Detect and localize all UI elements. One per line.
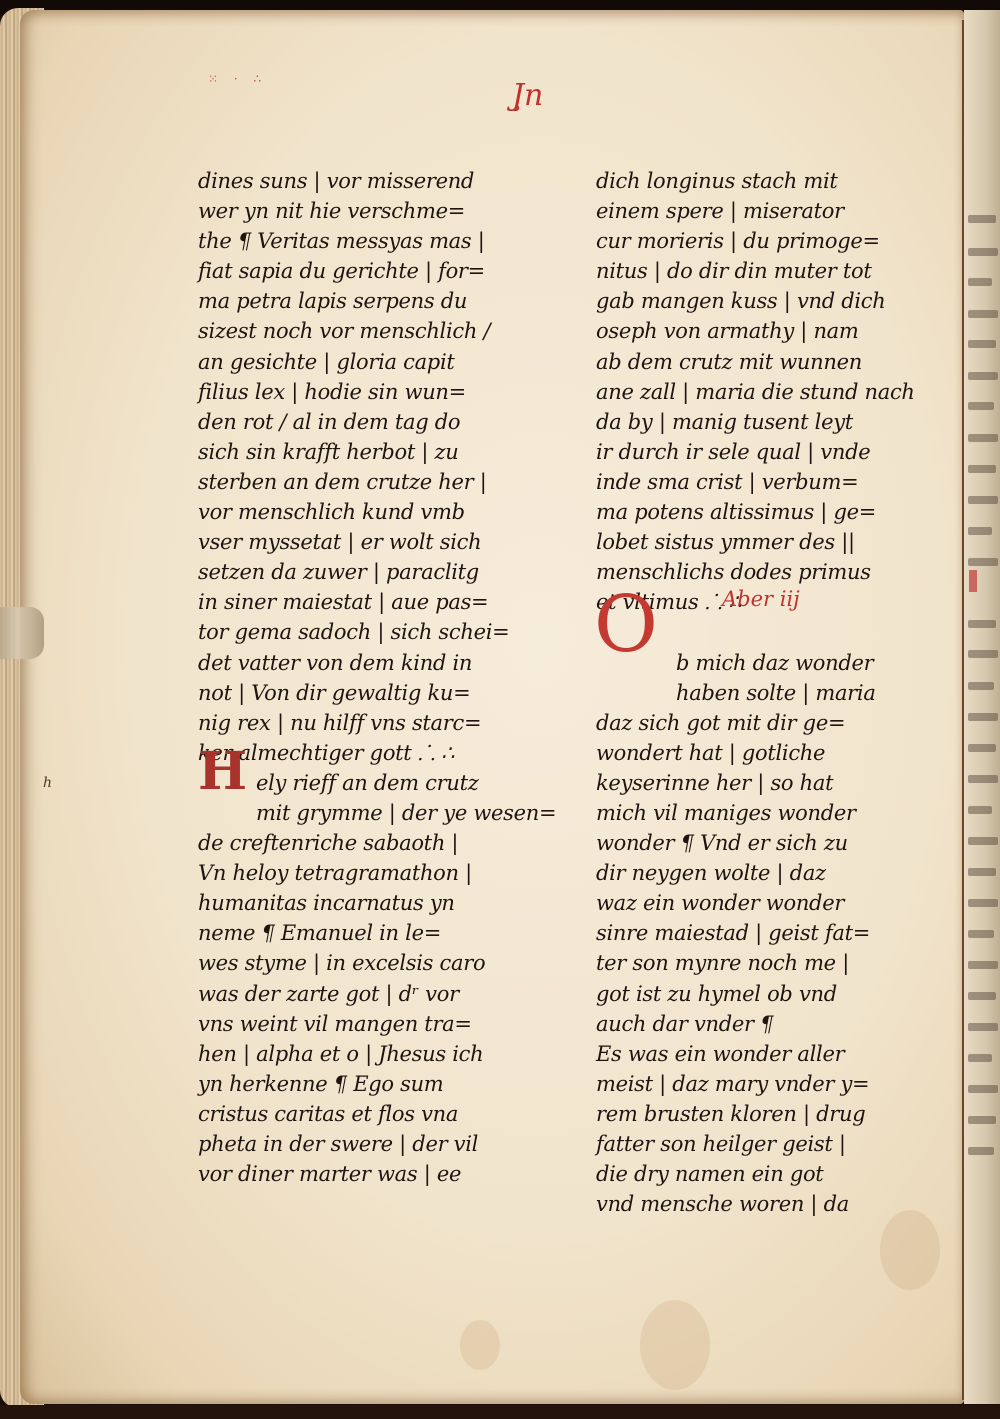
text-line: da by | manig tusent leyt [596, 407, 916, 437]
text-line: fiat sapia du gerichte | for= [198, 256, 558, 286]
text-line: dir neygen wolte | daz [596, 858, 916, 888]
water-stain [640, 1300, 710, 1390]
text-line: mich vil maniges wonder [596, 798, 916, 828]
facing-page-edge [964, 10, 1000, 1404]
text-line: auch dar vnder ¶ [596, 1009, 916, 1039]
right-text-column: dich longinus stach mit einem spere | mi… [596, 166, 916, 1219]
text-line: setzen da zuwer | paraclitg [198, 557, 558, 587]
text-line: die dry namen ein got [596, 1159, 916, 1189]
water-stain [880, 1210, 940, 1290]
text-line: an gesichte | gloria capit [198, 347, 558, 377]
text-line: vser myssetat | er wolt sich [198, 527, 558, 557]
text-line: dich longinus stach mit [596, 166, 916, 196]
text-line: wes styme | in excelsis caro [198, 948, 558, 978]
text-line: vor diner marter was | ee [198, 1159, 558, 1189]
text-line: ma potens altissimus | ge= [596, 497, 916, 527]
text-line: the ¶ Veritas messyas mas | [198, 226, 558, 256]
left-margin-note: h [43, 775, 52, 791]
text-line: got ist zu hymel ob vnd [596, 979, 916, 1009]
text-line: ir durch ir sele qual | vnde [596, 437, 916, 467]
text-line: ely rieff an dem crutz [198, 768, 558, 798]
text-line: wondert hat | gotliche [596, 738, 916, 768]
text-line: inde sma crist | verbum= [596, 467, 916, 497]
text-line: ter son mynre noch me | [596, 948, 916, 978]
text-line: wonder ¶ Vnd er sich zu [596, 828, 916, 858]
text-line: yn herkenne ¶ Ego sum [198, 1069, 558, 1099]
text-line: det vatter von dem kind in [198, 648, 558, 678]
text-line: daz sich got mit dir ge= [596, 708, 916, 738]
text-line: vnd mensche woren | da [596, 1189, 916, 1219]
text-line: meist | daz mary vnder y= [596, 1069, 916, 1099]
book-bottom-edge [0, 1405, 1000, 1419]
rubricated-initial-o: O [594, 586, 658, 664]
text-line: rem brusten kloren | drug [596, 1099, 916, 1129]
text-line: tor gema sadoch | sich schei= [198, 617, 558, 647]
left-text-column: dines suns | vor misserend wer yn nit hi… [198, 166, 558, 1189]
text-line: hen | alpha et o | Jhesus ich [198, 1039, 558, 1069]
text-line: sich sin krafft herbot | zu [198, 437, 558, 467]
text-line: wer yn nit hie verschme= [198, 196, 558, 226]
text-line: neme ¶ Emanuel in le= [198, 918, 558, 948]
text-line: den rot / al in dem tag do [198, 407, 558, 437]
text-line: ane zall | maria die stund nach [596, 377, 916, 407]
text-line: gab mangen kuss | vnd dich [596, 286, 916, 316]
text-line: lobet sistus ymmer des || [596, 527, 916, 557]
rubric-heading: Aber iij [722, 587, 800, 611]
text-line: cristus caritas et flos vna [198, 1099, 558, 1129]
text-line: sizest noch vor menschlich / [198, 316, 558, 346]
text-line: sterben an dem crutze her | [198, 467, 558, 497]
text-line: vor menschlich kund vmb [198, 497, 558, 527]
text-line: mit grymme | der ye wesen= [198, 798, 558, 828]
text-line: not | Von dir gewaltig ku= [198, 678, 558, 708]
text-line: ab dem crutz mit wunnen [596, 347, 916, 377]
text-line: Vn heloy tetragramathon | [198, 858, 558, 888]
text-line: cur morieris | du primoge= [596, 226, 916, 256]
text-line: einem spere | miserator [596, 196, 916, 226]
text-line: ma petra lapis serpens du [198, 286, 558, 316]
text-line: Es was ein wonder aller [596, 1039, 916, 1069]
rubricated-initial-h: H [198, 746, 247, 798]
text-line: filius lex | hodie sin wun= [198, 377, 558, 407]
text-line: humanitas incarnatus yn [198, 888, 558, 918]
text-line: sinre maiestad | geist fat= [596, 918, 916, 948]
folio-mark: J̧n [512, 78, 543, 113]
text-line: haben solte | maria [596, 678, 916, 708]
top-margin-marks: ⁙ · ∴ [208, 72, 267, 86]
text-line: fatter son heilger geist | [596, 1129, 916, 1159]
text-line: in siner maiestat | aue pas= [198, 587, 558, 617]
text-line: pheta in der swere | der vil [198, 1129, 558, 1159]
text-line: ker almechtiger gott ⸫ ∴ [198, 738, 558, 768]
text-line: was der zarte got | dʳ vor [198, 979, 558, 1009]
text-line: vns weint vil mangen tra= [198, 1009, 558, 1039]
text-line: de creftenriche sabaoth | [198, 828, 558, 858]
text-line: waz ein wonder wonder [596, 888, 916, 918]
water-stain [460, 1320, 500, 1370]
text-line: nitus | do dir din muter tot [596, 256, 916, 286]
text-line: nig rex | nu hilff vns starc= [198, 708, 558, 738]
text-line: keyserinne her | so hat [596, 768, 916, 798]
book-clasp [0, 607, 44, 659]
text-line: oseph von armathy | nam [596, 316, 916, 346]
text-line: dines suns | vor misserend [198, 166, 558, 196]
